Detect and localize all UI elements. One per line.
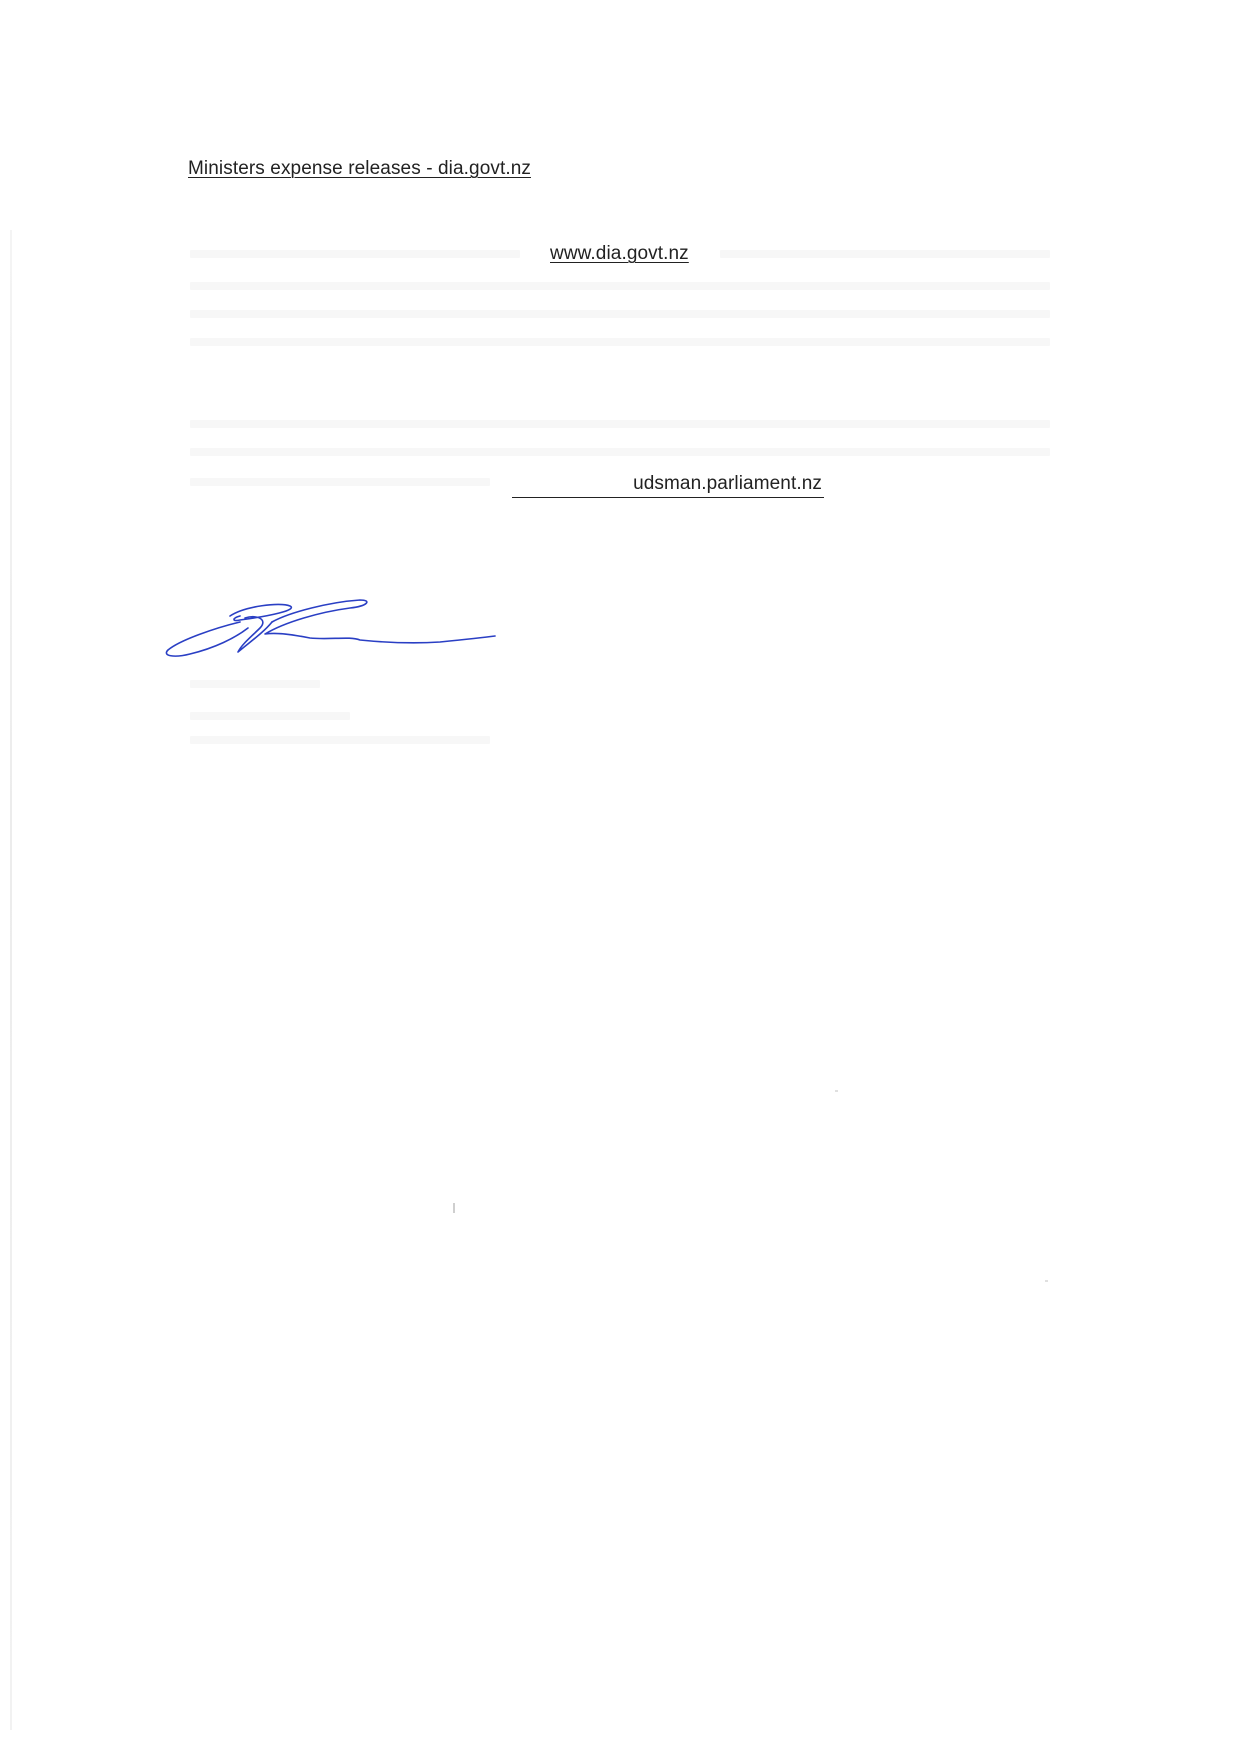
dia-website-link[interactable]: www.dia.govt.nz	[550, 243, 689, 265]
redacted-text	[190, 282, 1050, 290]
ombudsman-website-link[interactable]: udsman.parliament.nz	[633, 473, 822, 495]
ministers-expense-releases-link[interactable]: Ministers expense releases - dia.govt.nz	[188, 158, 531, 180]
scan-edge-line	[10, 230, 12, 1730]
redacted-text	[190, 448, 1050, 456]
redacted-text	[190, 478, 490, 486]
redacted-text	[720, 250, 1050, 258]
redacted-text	[190, 250, 520, 258]
document-page: Ministers expense releases - dia.govt.nz…	[0, 0, 1240, 1754]
ombudsman-link-underline: udsman.parliament.nz	[512, 473, 824, 498]
redacted-text	[190, 712, 350, 720]
scan-speck	[453, 1203, 455, 1213]
scan-speck	[835, 1090, 838, 1092]
redacted-text	[190, 420, 1050, 428]
redacted-text	[190, 680, 320, 688]
signature-image	[160, 592, 500, 662]
scan-speck	[1045, 1280, 1048, 1282]
redacted-text	[190, 736, 490, 744]
redacted-text	[190, 310, 1050, 318]
redacted-text	[190, 338, 1050, 346]
